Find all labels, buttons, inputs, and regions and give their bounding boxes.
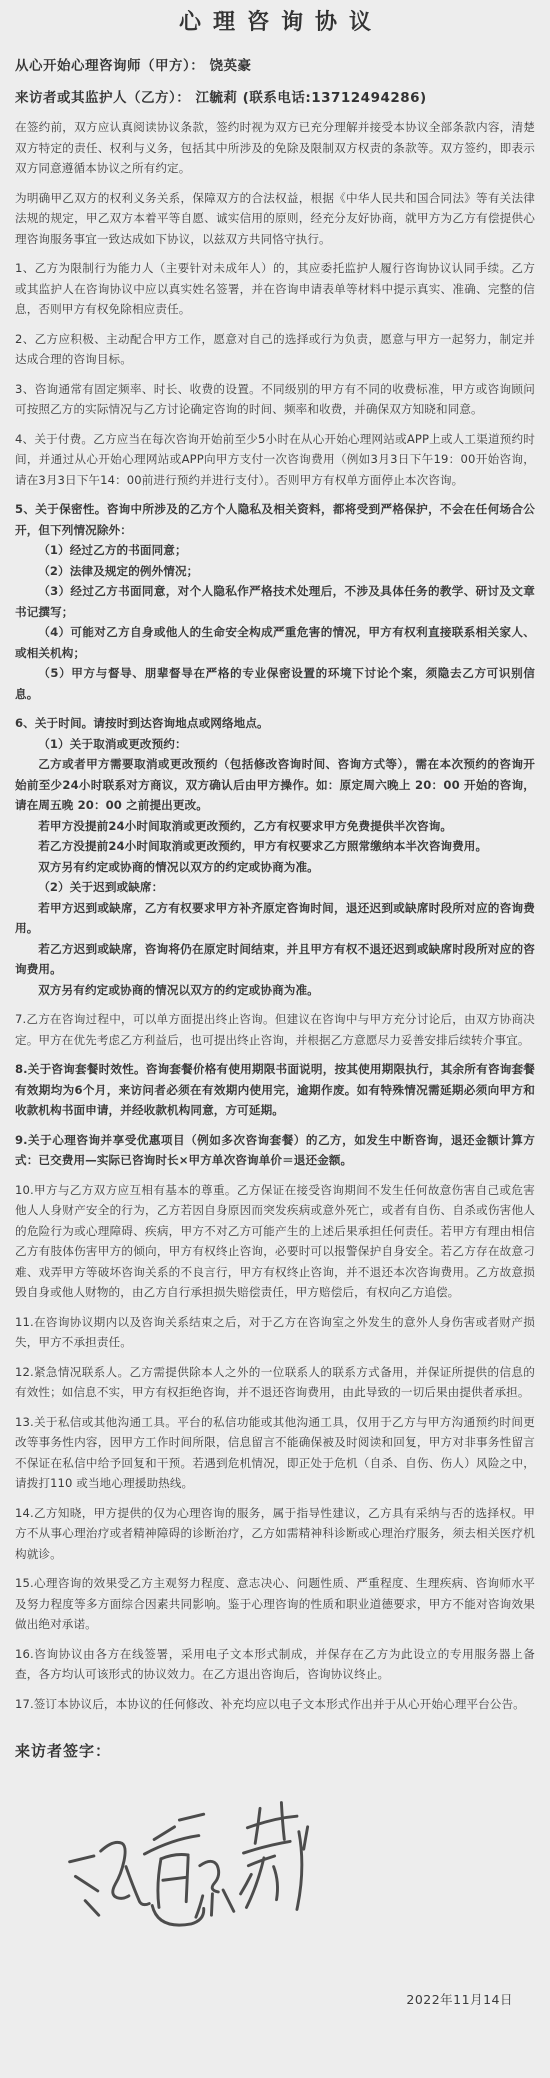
agreement-paragraph: （3）经过乙方书面同意，对个人隐私作严格技术处理后，不涉及具体任务的教学、研讨及… — [15, 581, 535, 622]
signature-scribble — [57, 1771, 329, 1939]
agreement-paragraph: 双方另有约定或协商的情况以双方的约定或协商为准。 — [15, 857, 535, 878]
paragraphs: 在签约前，双方应认真阅读协议条款，签约时视为双方已充分理解并接受本协议全部条款内… — [15, 117, 535, 1714]
party-a-line: 从心开始心理咨询师（甲方）： 饶英豪 — [15, 56, 535, 76]
agreement-paragraph: 3、咨询通常有固定频率、时长、收费的设置。不同级别的甲方有不同的收费标准，甲方或… — [15, 379, 535, 420]
agreement-paragraph: 乙方或者甲方需要取消或更改预约（包括修改咨询时间、咨询方式等），需在本次预约的咨… — [15, 754, 535, 816]
agreement-paragraph: 2、乙方应积极、主动配合甲方工作，愿意对自己的选择或行为负责，愿意与甲方一起努力… — [15, 329, 535, 370]
agreement-document: 心理咨询协议 从心开始心理咨询师（甲方）： 饶英豪 来访者或其监护人（乙方）： … — [0, 8, 550, 1939]
agreement-paragraph: 9.关于心理咨询并享受优惠项目（例如多次咨询套餐）的乙方，如发生中断咨询，退还金… — [15, 1130, 535, 1171]
page-title: 心理咨询协议 — [179, 8, 383, 38]
agreement-paragraph: 4、关于付费。乙方应当在每次咨询开始前至少5小时在从心开始心理网站或APP上或人… — [15, 429, 535, 491]
signature-area — [57, 1771, 535, 1939]
signature-date: 2022年11月14日 — [406, 1990, 513, 2008]
agreement-paragraph: （1）经过乙方的书面同意； — [15, 540, 535, 561]
agreement-paragraph: 为明确甲乙双方的权利义务关系，保障双方的合法权益，根据《中华人民共和国合同法》等… — [15, 188, 535, 250]
agreement-paragraph: 13.关于私信或其他沟通工具。平台的私信功能或其他沟通工具，仅用于乙方与甲方沟通… — [15, 1412, 535, 1494]
agreement-paragraph: 15.心理咨询的效果受乙方主观努力程度、意志决心、问题性质、严重程度、生理疾病、… — [15, 1573, 535, 1635]
agreement-paragraph: 若乙方迟到或缺席，咨询将仍在原定时间结束，并且甲方有权不退还迟到或缺席时段所对应… — [15, 939, 535, 980]
agreement-paragraph: （1）关于取消或更改预约： — [15, 734, 535, 755]
agreement-paragraph: 16.咨询协议由各方在线签署，采用电子文本形式制成，并保存在乙方为此设立的专用服… — [15, 1644, 535, 1685]
agreement-paragraph: 10.甲方与乙方双方应互相有基本的尊重。乙方保证在接受咨询期间不发生任何故意伤害… — [15, 1180, 535, 1303]
agreement-paragraph: 12.紧急情况联系人。乙方需提供除本人之外的一位联系人的联系方式备用，并保证所提… — [15, 1362, 535, 1403]
agreement-paragraph: 若甲方迟到或缺席，乙方有权要求甲方补齐原定咨询时间，退还迟到或缺席时段所对应的咨… — [15, 898, 535, 939]
party-b-line: 来访者或其监护人（乙方）： 江毓莉 (联系电话:13712494286) — [15, 88, 535, 108]
agreement-paragraph: 若甲方没提前24小时间取消或更改预约，乙方有权要求甲方免费提供半次咨询。 — [15, 816, 535, 837]
agreement-paragraph: 14.乙方知晓，甲方提供的仅为心理咨询的服务，属于指导性建议，乙方具有采纳与否的… — [15, 1503, 535, 1565]
agreement-paragraph: 6、关于时间。请按时到达咨询地点或网络地点。 — [15, 713, 535, 734]
agreement-paragraph: 若乙方没提前24小时间取消或更改预约，甲方有权要求乙方照常缴纳本半次咨询费用。 — [15, 836, 535, 857]
agreement-paragraph: （5）甲方与督导、朋辈督导在严格的专业保密设置的环境下讨论个案，须隐去乙方可识别… — [15, 663, 535, 704]
agreement-paragraph: 1、乙方为限制行为能力人（主要针对未成年人）的，其应委托监护人履行咨询协议认同手… — [15, 258, 535, 320]
agreement-paragraph: （2）关于迟到或缺席： — [15, 877, 535, 898]
agreement-paragraph: （4）可能对乙方自身或他人的生命安全构成严重危害的情况，甲方有权利直接联系相关家… — [15, 622, 535, 663]
agreement-paragraph: 在签约前，双方应认真阅读协议条款，签约时视为双方已充分理解并接受本协议全部条款内… — [15, 117, 535, 179]
agreement-paragraph: 17.签订本协议后，本协议的任何修改、补充均应以电子文本形式作出并于从心开始心理… — [15, 1694, 535, 1715]
agreement-paragraph: 11.在咨询协议期内以及咨询关系结束之后，对于乙方在咨询室之外发生的意外人身伤害… — [15, 1312, 535, 1353]
agreement-paragraph: 5、关于保密性。咨询中所涉及的乙方个人隐私及相关资料，都将受到严格保护，不会在任… — [15, 499, 535, 540]
agreement-paragraph: 7.乙方在咨询过程中，可以单方面提出终止咨询。但建议在咨询中与甲方充分讨论后，由… — [15, 1009, 535, 1050]
visitor-signature-label: 来访者签字： — [15, 1740, 535, 1761]
agreement-paragraph: 8.关于咨询套餐时效性。咨询套餐价格有使用期限书面说明，按其使用期限执行，其余所… — [15, 1059, 535, 1121]
agreement-paragraph: 双方另有约定或协商的情况以双方的约定或协商为准。 — [15, 980, 535, 1001]
agreement-paragraph: （2）法律及规定的例外情况； — [15, 561, 535, 582]
